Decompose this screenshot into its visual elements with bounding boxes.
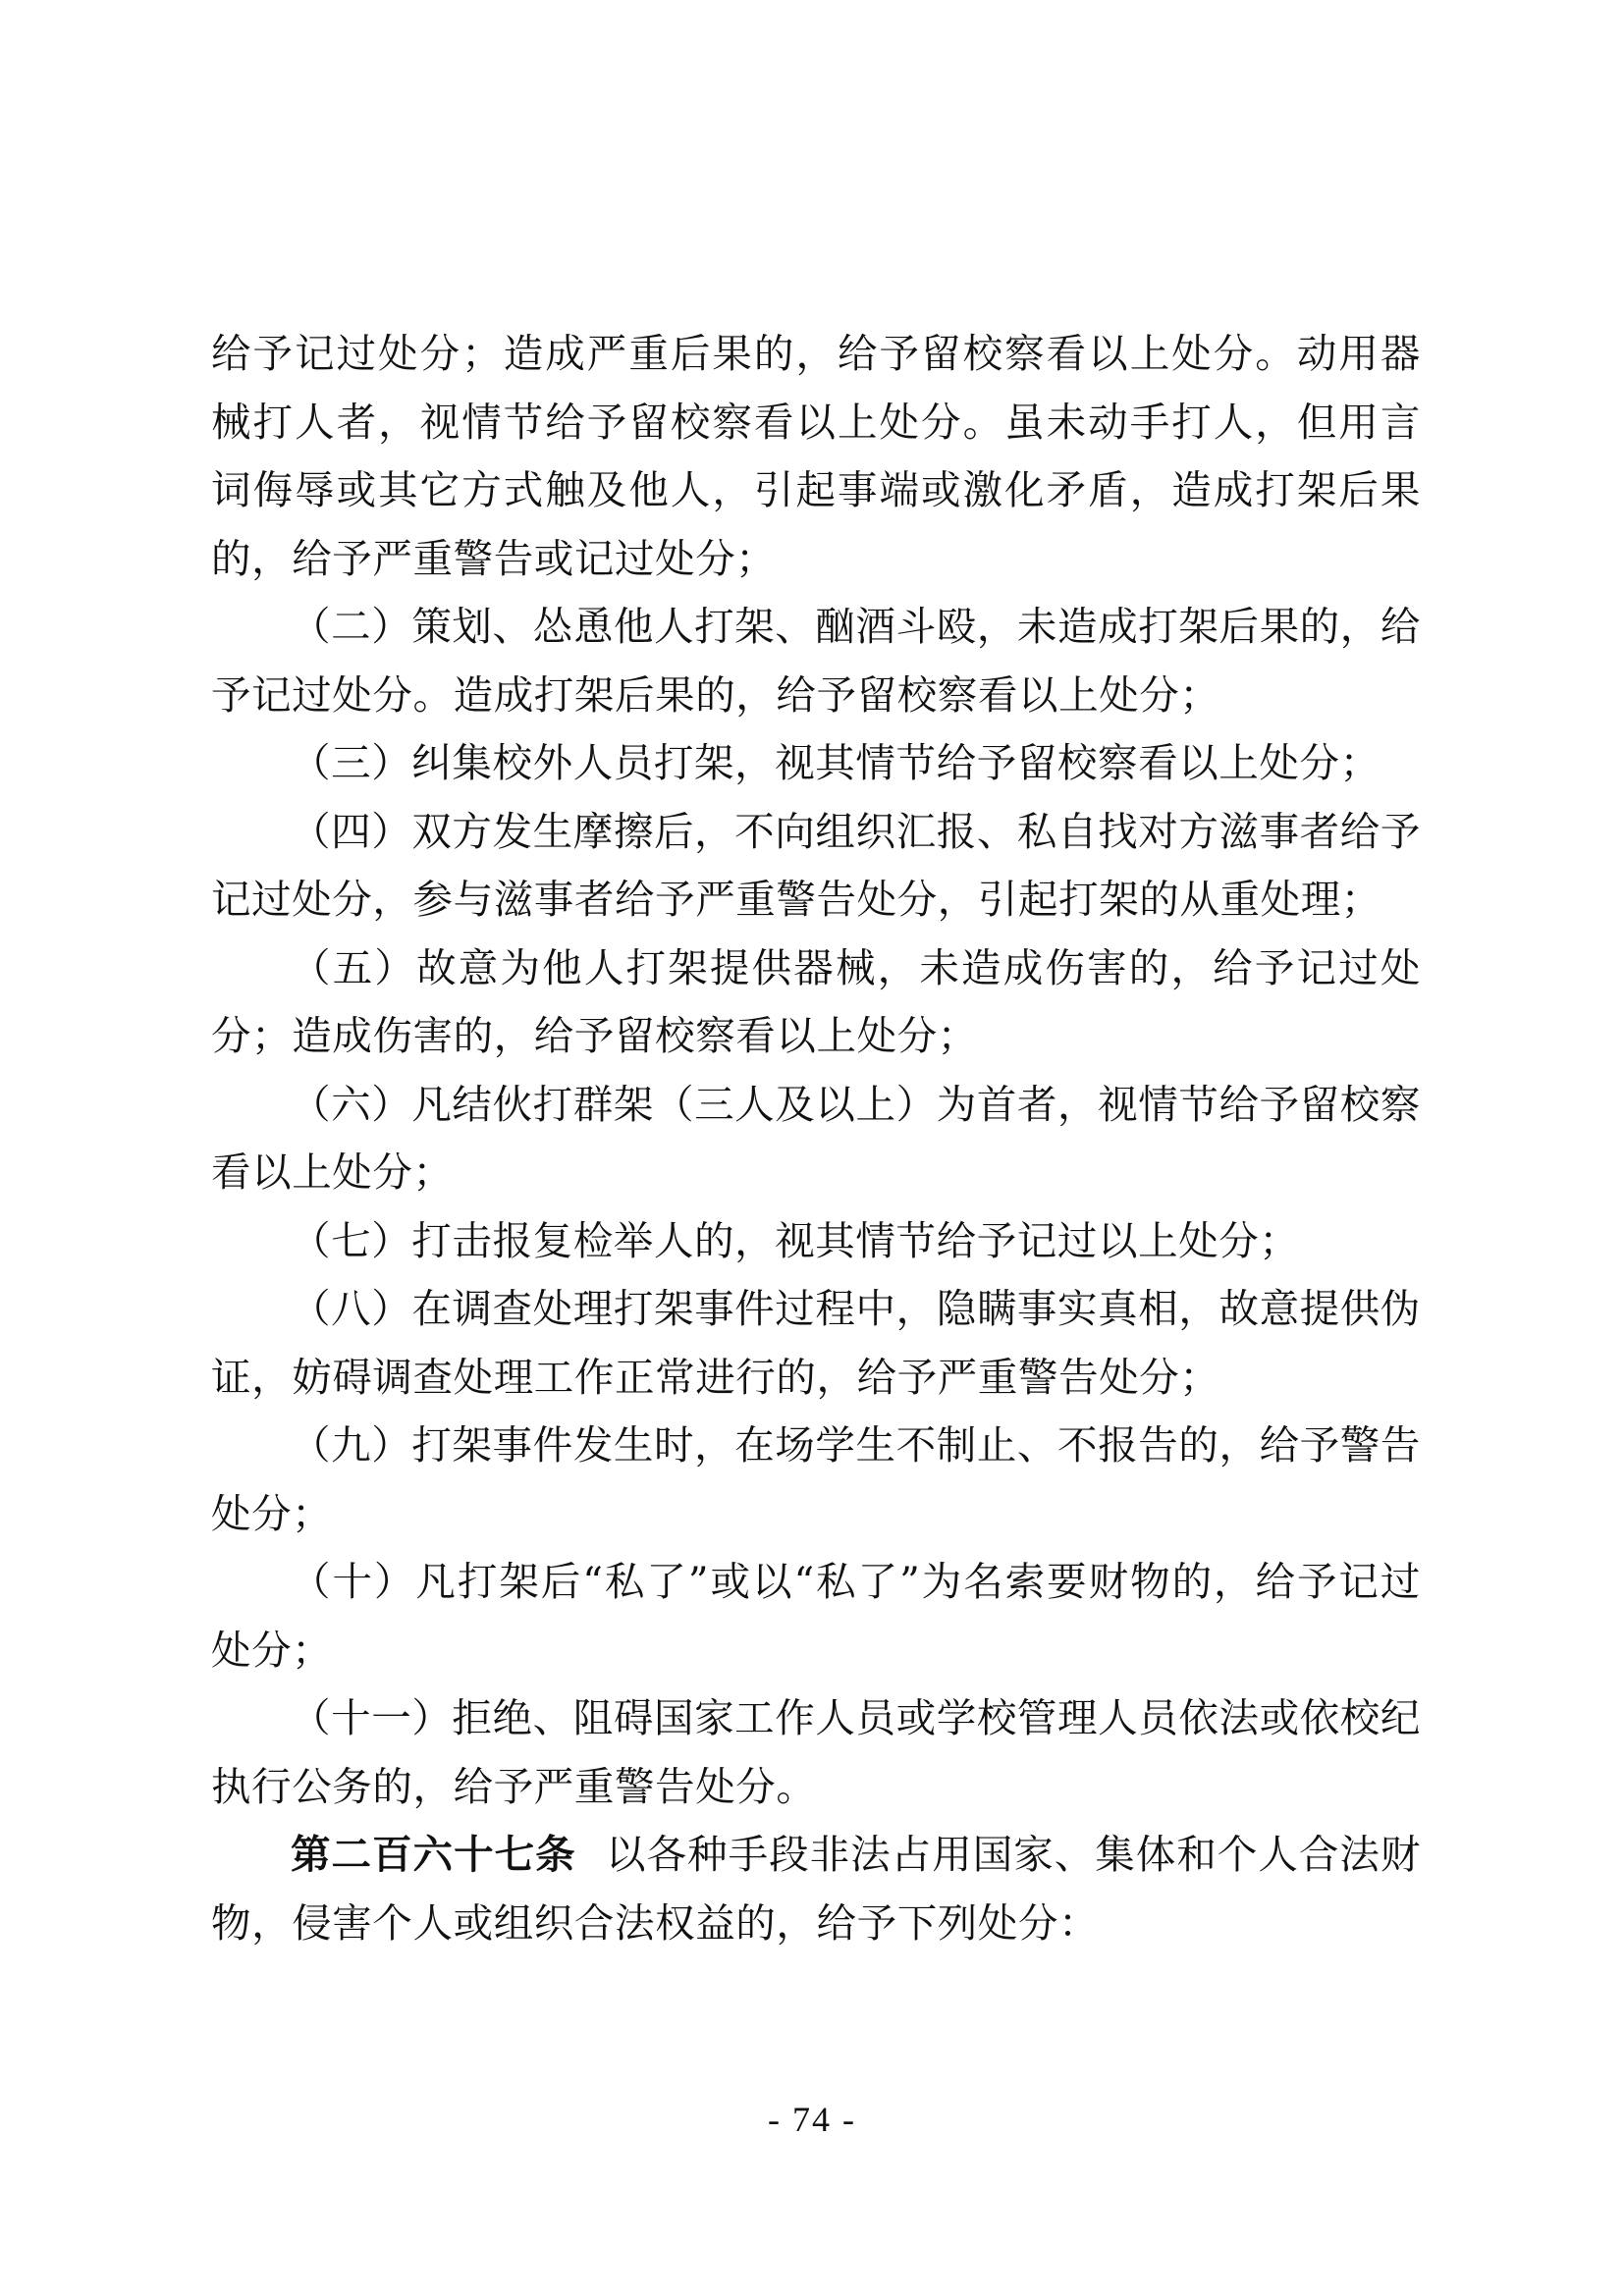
paragraph-item-6: （六）凡结伙打群架（三人及以上）为首者，视情节给予留校察看以上处分； [211,1071,1421,1207]
paragraph-item-9: （九）打架事件发生时，在场学生不制止、不报告的，给予警告处分； [211,1412,1421,1548]
paragraph-item-4: （四）双方发生摩擦后，不向组织汇报、私自找对方滋事者给予记过处分，参与滋事者给予… [211,798,1421,934]
paragraph-item-11: （十一）拒绝、阻碍国家工作人员或学校管理人员依法或依校纪执行公务的，给予严重警告… [211,1684,1421,1821]
article-label: 第二百六十七条 [291,1831,576,1878]
paragraph-item-2: （二）策划、怂恿他人打架、酗酒斗殴，未造成打架后果的，给予记过处分。造成打架后果… [211,593,1421,729]
paragraph-item-5: （五）故意为他人打架提供器械，未造成伤害的，给予记过处分；造成伤害的，给予留校察… [211,934,1421,1071]
document-body: 给予记过处分；造成严重后果的，给予留校察看以上处分。动用器械打人者，视情节给予留… [211,320,1421,1957]
document-page: 给予记过处分；造成严重后果的，给予留校察看以上处分。动用器械打人者，视情节给予留… [0,0,1624,2296]
paragraph-item-10: （十）凡打架后“私了”或以“私了”为名索要财物的，给予记过处分； [211,1548,1421,1684]
article-267: 第二百六十七条以各种手段非法占用国家、集体和个人合法财物，侵害个人或组织合法权益… [211,1821,1421,1957]
paragraph-item-8: （八）在调查处理打架事件过程中，隐瞒事实真相，故意提供伪证，妨碍调查处理工作正常… [211,1275,1421,1412]
paragraph-item-7: （七）打击报复检举人的，视其情节给予记过以上处分； [211,1207,1421,1276]
page-number: - 74 - [0,2099,1624,2140]
paragraph-item-3: （三）纠集校外人员打架，视其情节给予留校察看以上处分； [211,729,1421,798]
paragraph-continuation: 给予记过处分；造成严重后果的，给予留校察看以上处分。动用器械打人者，视情节给予留… [211,320,1421,593]
